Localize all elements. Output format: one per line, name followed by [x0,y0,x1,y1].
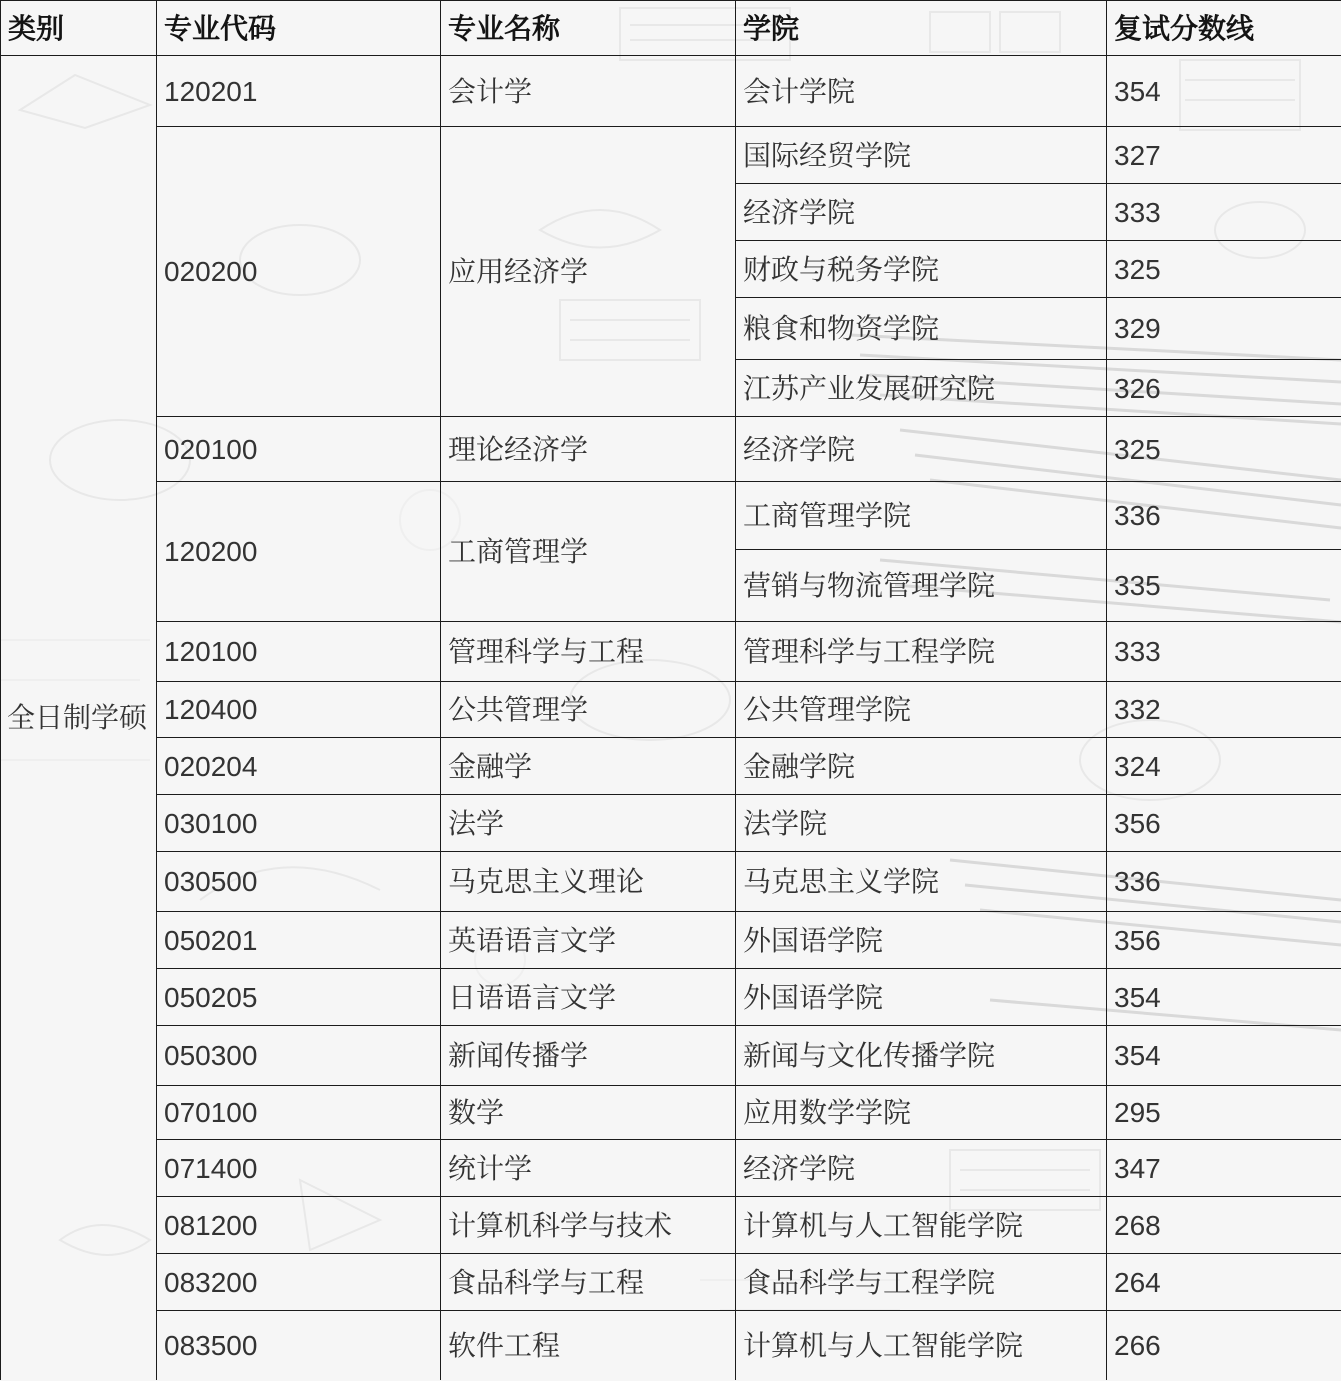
college-cell: 法学院 [736,795,1107,852]
code-cell: 030100 [157,795,441,852]
code-cell: 030500 [157,852,441,912]
table-row: 020204 金融学 金融学院 324 [1,738,1341,795]
score-cell: 336 [1107,852,1341,912]
score-cell: 356 [1107,912,1341,969]
major-cell: 食品科学与工程 [441,1254,736,1311]
table-row: 120100 管理科学与工程 管理科学与工程学院 333 [1,622,1341,682]
code-cell: 083500 [157,1311,441,1380]
score-cell: 327 [1107,127,1341,184]
major-cell: 应用经济学 [441,127,736,417]
score-cell: 333 [1107,184,1341,241]
major-cell: 理论经济学 [441,417,736,482]
major-cell: 法学 [441,795,736,852]
table-row: 050300 新闻传播学 新闻与文化传播学院 354 [1,1026,1341,1086]
major-cell: 会计学 [441,56,736,127]
college-cell: 会计学院 [736,56,1107,127]
score-cell: 354 [1107,1026,1341,1086]
college-cell: 新闻与文化传播学院 [736,1026,1107,1086]
college-cell: 计算机与人工智能学院 [736,1197,1107,1254]
code-cell: 120201 [157,56,441,127]
college-cell: 营销与物流管理学院 [736,550,1107,622]
col-header-major-name: 专业名称 [441,1,736,56]
table-row: 081200 计算机科学与技术 计算机与人工智能学院 268 [1,1197,1341,1254]
code-cell: 120200 [157,482,441,622]
college-cell: 食品科学与工程学院 [736,1254,1107,1311]
col-header-score-line: 复试分数线 [1107,1,1341,56]
code-cell: 020100 [157,417,441,482]
college-cell: 应用数学学院 [736,1086,1107,1140]
col-header-category: 类别 [1,1,157,56]
table-header-row: 类别 专业代码 专业名称 学院 复试分数线 [1,1,1341,56]
major-cell: 管理科学与工程 [441,622,736,682]
score-cell: 324 [1107,738,1341,795]
major-cell: 计算机科学与技术 [441,1197,736,1254]
table-row: 050201 英语语言文学 外国语学院 356 [1,912,1341,969]
college-cell: 金融学院 [736,738,1107,795]
code-cell: 020200 [157,127,441,417]
college-cell: 经济学院 [736,184,1107,241]
code-cell: 070100 [157,1086,441,1140]
score-cell: 329 [1107,298,1341,360]
code-cell: 120100 [157,622,441,682]
college-cell: 财政与税务学院 [736,241,1107,298]
college-cell: 粮食和物资学院 [736,298,1107,360]
score-cell: 356 [1107,795,1341,852]
college-cell: 工商管理学院 [736,482,1107,550]
table-row: 030100 法学 法学院 356 [1,795,1341,852]
table-row: 020200 应用经济学 国际经贸学院 327 [1,127,1341,184]
score-cell: 268 [1107,1197,1341,1254]
score-cell: 354 [1107,56,1341,127]
table-row: 030500 马克思主义理论 马克思主义学院 336 [1,852,1341,912]
major-cell: 英语语言文学 [441,912,736,969]
table-row: 083200 食品科学与工程 食品科学与工程学院 264 [1,1254,1341,1311]
college-cell: 经济学院 [736,1140,1107,1197]
table-row: 071400 统计学 经济学院 347 [1,1140,1341,1197]
code-cell: 050300 [157,1026,441,1086]
code-cell: 083200 [157,1254,441,1311]
major-cell: 数学 [441,1086,736,1140]
score-cell: 347 [1107,1140,1341,1197]
college-cell: 计算机与人工智能学院 [736,1311,1107,1380]
table-row: 070100 数学 应用数学学院 295 [1,1086,1341,1140]
college-cell: 国际经贸学院 [736,127,1107,184]
code-cell: 020204 [157,738,441,795]
college-cell: 公共管理学院 [736,682,1107,738]
table-row: 083500 软件工程 计算机与人工智能学院 266 [1,1311,1341,1380]
college-cell: 经济学院 [736,417,1107,482]
score-cell: 295 [1107,1086,1341,1140]
score-cell: 354 [1107,969,1341,1026]
score-cell: 333 [1107,622,1341,682]
admission-score-table: 类别 专业代码 专业名称 学院 复试分数线 全日制学硕 120201 会计学 会… [0,0,1341,1380]
major-cell: 公共管理学 [441,682,736,738]
score-cell: 325 [1107,417,1341,482]
major-cell: 新闻传播学 [441,1026,736,1086]
score-cell: 325 [1107,241,1341,298]
admission-score-page: 类别 专业代码 专业名称 学院 复试分数线 全日制学硕 120201 会计学 会… [0,0,1341,1381]
major-cell: 金融学 [441,738,736,795]
college-cell: 管理科学与工程学院 [736,622,1107,682]
code-cell: 050205 [157,969,441,1026]
major-cell: 马克思主义理论 [441,852,736,912]
major-cell: 软件工程 [441,1311,736,1380]
score-cell: 266 [1107,1311,1341,1380]
college-cell: 马克思主义学院 [736,852,1107,912]
table-row: 050205 日语语言文学 外国语学院 354 [1,969,1341,1026]
college-cell: 外国语学院 [736,969,1107,1026]
college-cell: 外国语学院 [736,912,1107,969]
college-cell: 江苏产业发展研究院 [736,360,1107,417]
score-cell: 332 [1107,682,1341,738]
table-row: 120200 工商管理学 工商管理学院 336 [1,482,1341,550]
table-row: 全日制学硕 120201 会计学 会计学院 354 [1,56,1341,127]
score-cell: 335 [1107,550,1341,622]
col-header-college: 学院 [736,1,1107,56]
code-cell: 120400 [157,682,441,738]
code-cell: 081200 [157,1197,441,1254]
code-cell: 071400 [157,1140,441,1197]
category-cell: 全日制学硕 [1,56,157,1380]
table-row: 020100 理论经济学 经济学院 325 [1,417,1341,482]
score-cell: 336 [1107,482,1341,550]
col-header-major-code: 专业代码 [157,1,441,56]
major-cell: 日语语言文学 [441,969,736,1026]
score-cell: 264 [1107,1254,1341,1311]
code-cell: 050201 [157,912,441,969]
major-cell: 统计学 [441,1140,736,1197]
major-cell: 工商管理学 [441,482,736,622]
table-row: 120400 公共管理学 公共管理学院 332 [1,682,1341,738]
score-cell: 326 [1107,360,1341,417]
